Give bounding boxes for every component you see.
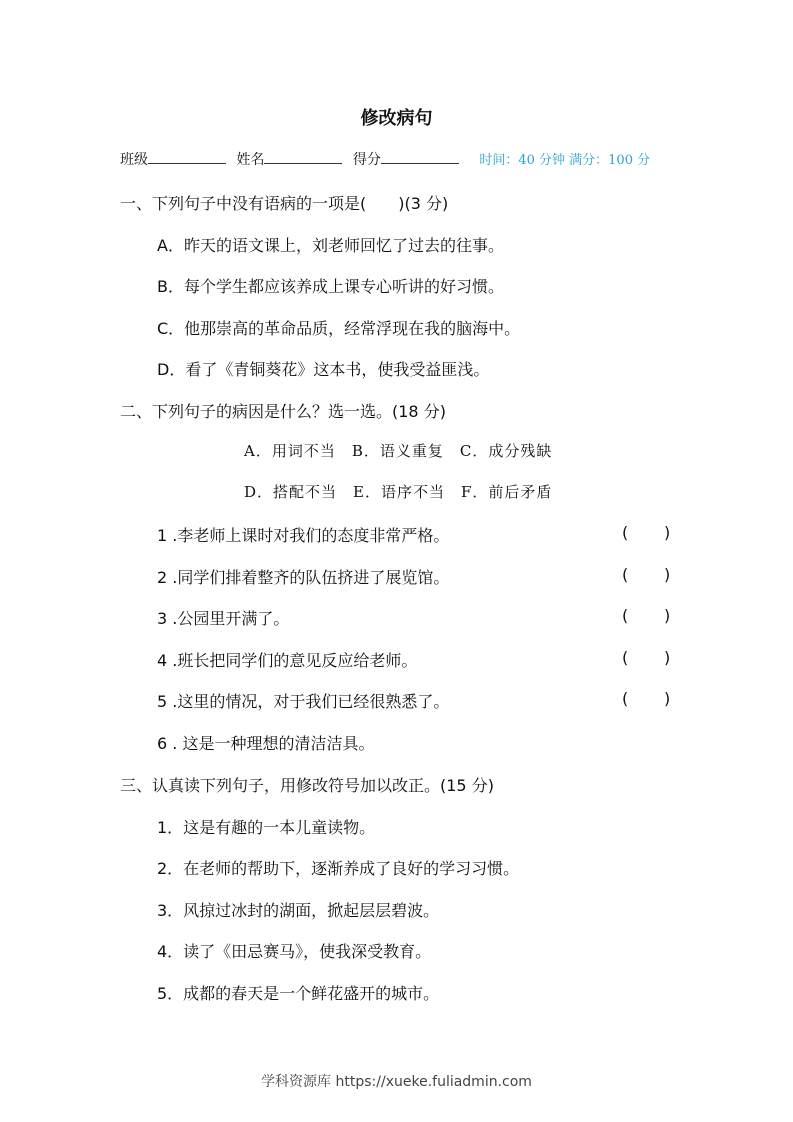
paren-open: (	[622, 565, 628, 584]
sentence-item: 5 .这里的情况，对于我们已经很熟悉了。	[157, 689, 449, 712]
cause-options-row-2: D．搭配不当 E．语序不当 F．前后矛盾	[244, 481, 552, 502]
paren-close: )	[664, 648, 670, 667]
paren-open: (	[622, 648, 628, 667]
answer-blank[interactable]: ()	[622, 565, 672, 584]
sentence-item: 2 .同学们排着整齐的队伍挤进了展览馆。	[157, 565, 449, 588]
class-blank[interactable]	[148, 149, 226, 164]
paren-close: )	[664, 565, 670, 584]
correction-item: 3．风掠过冰封的湖面，掀起层层碧波。	[157, 898, 439, 921]
name-label: 姓名	[236, 152, 264, 168]
answer-blank[interactable]: ()	[622, 648, 672, 667]
paren-close: )	[664, 523, 670, 542]
correction-item: 2．在老师的帮助下，逐渐养成了良好的学习习惯。	[157, 856, 519, 879]
paren-open: (	[622, 689, 628, 708]
sentence-item: 4 .班长把同学们的意见反应给老师。	[157, 648, 417, 671]
paren-close: )	[664, 606, 670, 625]
sentence-item: 6 . 这是一种理想的清洁洁具。	[157, 731, 374, 754]
cause-options-row-1: A．用词不当 B．语义重复 C．成分残缺	[244, 440, 552, 461]
correction-item: 5．成都的春天是一个鲜花盛开的城市。	[157, 981, 439, 1004]
section-1-heading: 一、下列句子中没有语病的一项是( )(3 分)	[120, 191, 448, 214]
footer-watermark: 学科资源库 https://xueke.fuliadmin.com	[0, 1071, 793, 1091]
paren-close: )	[664, 689, 670, 708]
correction-item: 4．读了《田忌赛马》，使我深受教育。	[157, 939, 431, 962]
score-label: 得分	[353, 152, 381, 168]
correction-item: 1．这是有趣的一本儿童读物。	[157, 815, 375, 838]
section-2-heading: 二、下列句子的病因是什么？选一选。(18 分)	[120, 399, 446, 422]
answer-blank[interactable]: ()	[622, 689, 672, 708]
page-title: 修改病句	[0, 104, 793, 130]
section-3-heading: 三、认真读下列句子，用修改符号加以改正。(15 分)	[120, 773, 494, 796]
paren-open: (	[622, 606, 628, 625]
choice-c: C．他那崇高的革命品质，经常浮现在我的脑海中。	[157, 316, 520, 339]
choice-a: A．昨天的语文课上，刘老师回忆了过去的往事。	[157, 233, 504, 256]
student-info-row: 班级 姓名 得分 时间：40 分钟 满分：100 分	[120, 149, 650, 169]
sentence-item: 1 .李老师上课时对我们的态度非常严格。	[157, 523, 449, 546]
class-label: 班级	[120, 152, 148, 168]
answer-blank[interactable]: ()	[622, 606, 672, 625]
choice-b: B．每个学生都应该养成上课专心听讲的好习惯。	[157, 274, 504, 297]
choice-d: D．看了《青铜葵花》这本书，使我受益匪浅。	[157, 357, 489, 380]
time-score-info: 时间：40 分钟 满分：100 分	[479, 153, 650, 168]
score-blank[interactable]	[381, 149, 459, 164]
name-blank[interactable]	[264, 149, 342, 164]
sentence-item: 3 .公园里开满了。	[157, 606, 289, 629]
answer-blank[interactable]: ()	[622, 523, 672, 542]
paren-open: (	[622, 523, 628, 542]
